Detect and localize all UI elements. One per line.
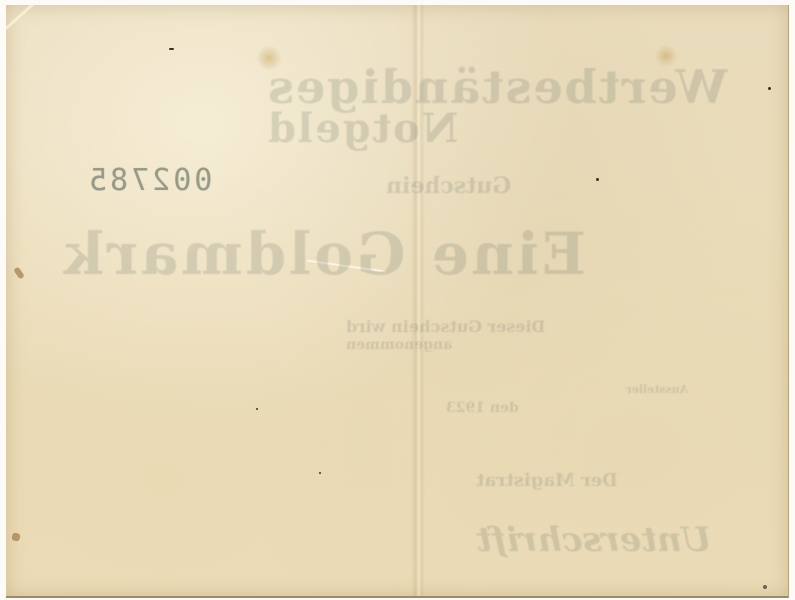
- ink-speck: [763, 585, 767, 589]
- ink-speck: [256, 408, 258, 410]
- bleed-date-line: den 1923: [446, 400, 519, 416]
- bleed-small-line-1: Dieser Gutschein wird: [346, 317, 545, 336]
- ink-speck: [319, 472, 321, 474]
- ink-speck: [169, 48, 174, 50]
- edge-stain: [11, 532, 20, 541]
- bleed-denomination: Eine Goldmark: [61, 220, 586, 288]
- bleed-subtitle: Gutschein: [386, 173, 511, 199]
- bleed-small-line-2: angenommen: [346, 337, 452, 353]
- ink-speck: [768, 87, 771, 90]
- scan-background: Wertbeständiges Notgeld Gutschein Eine G…: [0, 0, 795, 600]
- serial-number: 002785: [86, 163, 212, 198]
- bleed-signature: Unterschrift: [476, 520, 711, 560]
- edge-stain: [13, 266, 25, 279]
- bleed-title-line-2: Notgeld: [266, 105, 458, 152]
- banknote-reverse: Wertbeständiges Notgeld Gutschein Eine G…: [6, 5, 789, 598]
- bleed-signature-line: Der Magistrat: [476, 470, 618, 491]
- bleed-side-note: Aussteller: [626, 383, 688, 396]
- corner-fold-line: [6, 5, 91, 48]
- ink-speck: [596, 178, 599, 181]
